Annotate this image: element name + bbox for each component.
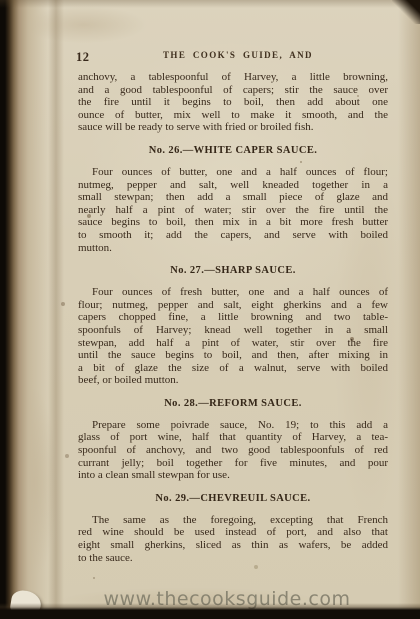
text-line: until the sauce begins to boil, and then… [78, 349, 388, 362]
text-line: red wine should be used instead of port,… [78, 526, 388, 539]
text-line: spoonfuls of Harvey; knead well together… [78, 324, 388, 337]
text-line: sauce begins to boil, then mix in a bit … [78, 216, 388, 229]
text-line: into a clean small stewpan for use. [78, 469, 388, 482]
text-line: Prepare some poivrade sauce, No. 19; to … [78, 419, 388, 432]
page-header: 12 THE COOK'S GUIDE, AND [78, 50, 388, 63]
paragraph-white-caper-sauce: Four ounces of butter, one and a half ou… [78, 166, 388, 254]
text-line: spoonful of anchovy, and two good tables… [78, 444, 388, 457]
text-line: nearly half a pint of water; stir over t… [78, 204, 388, 217]
paragraph-anchovy-continuation: anchovy, a tablespoonful of Harvey, a li… [78, 71, 388, 134]
printed-page-content: 12 THE COOK'S GUIDE, AND anchovy, a tabl… [78, 50, 388, 564]
text-line: to smooth it; add the capers, and serve … [78, 229, 388, 242]
text-line: small stewpan; then add a small piece of… [78, 191, 388, 204]
page-top-edge [0, 0, 420, 8]
text-line: stewpan, add half a pint of water, stir … [78, 337, 388, 350]
paragraph-sharp-sauce: Four ounces of fresh butter, one and a h… [78, 286, 388, 387]
text-line: capers chopped fine, a little browning a… [78, 311, 388, 324]
text-line: mutton. [78, 242, 388, 255]
text-line: to the sauce. [78, 552, 388, 565]
recipe-heading-27-sharp-sauce: No. 27.—SHARP SAUCE. [78, 264, 388, 277]
book-scan: 12 THE COOK'S GUIDE, AND anchovy, a tabl… [0, 0, 420, 619]
recipe-heading-26-white-caper-sauce: No. 26.—WHITE CAPER SAUCE. [78, 144, 388, 157]
paragraph-chevreuil-sauce: The same as the foregoing, excepting tha… [78, 514, 388, 564]
text-line: Four ounces of fresh butter, one and a h… [78, 286, 388, 299]
running-title: THE COOK'S GUIDE, AND [78, 50, 388, 60]
text-line: a bit of glaze the size of a walnut, ser… [78, 362, 388, 375]
dark-corner-top-right [392, 0, 420, 24]
text-line: The same as the foregoing, excepting tha… [78, 514, 388, 527]
page-crease [48, 0, 64, 619]
text-line: and a good tablespoonful of capers; stir… [78, 84, 388, 97]
text-line: nutmeg, pepper and salt, well kneaded to… [78, 179, 388, 192]
page-bottom-edge [0, 603, 420, 619]
text-line: Four ounces of butter, one and a half ou… [78, 166, 388, 179]
paragraph-reform-sauce: Prepare some poivrade sauce, No. 19; to … [78, 419, 388, 482]
text-line: anchovy, a tablespoonful of Harvey, a li… [78, 71, 388, 84]
recipe-heading-29-chevreuil-sauce: No. 29.—CHEVREUIL SAUCE. [78, 492, 388, 505]
recipe-heading-28-reform-sauce: No. 28.—REFORM SAUCE. [78, 397, 388, 410]
book-gutter-edge [0, 0, 48, 619]
text-line: the fire until it begins to boil, then a… [78, 96, 388, 109]
page-right-edge [398, 0, 420, 619]
text-line: sauce will be ready to serve with fried … [78, 121, 388, 134]
text-line: ounce of butter, mix well to make it smo… [78, 109, 388, 122]
text-line: eight small gherkins, sliced as thin as … [78, 539, 388, 552]
page-number: 12 [76, 50, 90, 65]
text-line: beef, or boiled mutton. [78, 374, 388, 387]
text-line: glass of port wine, half that quantity o… [78, 431, 388, 444]
text-line: flour; nutmeg, pepper and salt, eight gh… [78, 299, 388, 312]
text-line: currant jelly; boil together for five mi… [78, 457, 388, 470]
